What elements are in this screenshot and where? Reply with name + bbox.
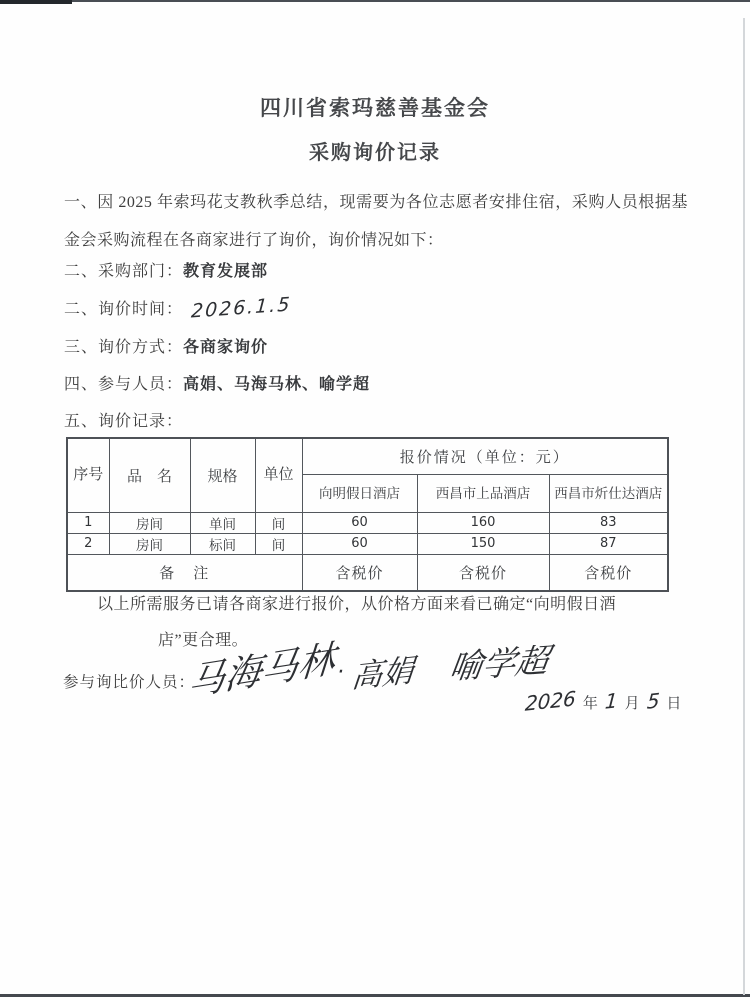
page-title: 四川省索玛慈善基金会 [0,92,750,122]
header-vendor-2: 西昌市上品酒店 [417,474,549,512]
table-header-row-1: 序号 品 名 规格 单位 报价情况（单位：元） [67,438,668,474]
scan-artifact-bottom [0,994,750,997]
row1-spec: 单间 [190,512,255,533]
table-footer-row: 备 注 含税价 含税价 含税价 [67,554,668,591]
header-vendor-1: 向明假日酒店 [302,474,417,512]
footer-tax-2: 含税价 [417,554,549,591]
inquiry-method-value: 各商家询价 [183,339,268,356]
line-inquiry-method: 三、询价方式：各商家询价 [64,334,268,357]
signature-yu-xue-chao: 喻学超 [447,634,552,688]
header-quote-group: 报价情况（单位：元） [302,438,668,474]
row1-quote-3: 83 [549,512,668,533]
row2-item: 房间 [109,533,190,554]
row1-item: 房间 [109,512,190,533]
scan-artifact-top [0,0,750,2]
header-vendor-3: 西昌市炘仕达酒店 [549,474,668,512]
purchase-department-value: 教育发展部 [183,263,268,280]
footer-note-label: 备 注 [67,554,302,591]
page-subtitle: 采购询价记录 [0,136,750,165]
inquiry-record-label: 五、询价记录： [64,413,183,430]
row2-quote-2: 150 [417,533,549,554]
date-day-char: 日 [666,696,681,712]
signature-separator-dot: · [337,660,344,685]
row1-unit: 间 [255,512,302,533]
footer-tax-1: 含税价 [302,554,417,591]
date-month-value: 1 [604,688,618,714]
row2-seq: 2 [67,533,109,554]
footer-tax-3: 含税价 [549,554,668,591]
participants-value: 高娟、马海马林、喻学超 [183,376,370,393]
row1-quote-1: 60 [302,512,417,533]
row2-unit: 间 [255,533,302,554]
signers-label: 参与询比价人员： [63,670,195,692]
scan-artifact-top-dark [0,0,72,4]
line-purchase-department: 二、采购部门：教育发展部 [64,258,268,281]
participants-label: 四、参与人员： [64,376,183,393]
line-inquiry-record: 五、询价记录： [64,408,183,431]
date-month-char: 月 [625,696,640,712]
row1-quote-2: 160 [417,512,549,533]
document-page: 四川省索玛慈善基金会 采购询价记录 一、因 2025 年索玛花支教秋季总结，现需… [0,0,750,1000]
conclusion-line-1: 以上所需服务已请各商家进行报价，从价格方面来看已确定“向明假日酒 [97,591,616,614]
quote-table: 序号 品 名 规格 单位 报价情况（单位：元） 向明假日酒店 西昌市上品酒店 西… [66,437,669,592]
row2-spec: 标间 [190,533,255,554]
signature-gao-juan: 高娟 [350,644,416,696]
table-row: 2 房间 标间 间 60 150 87 [67,533,668,554]
date-day-value: 5 [646,688,660,714]
line-participants: 四、参与人员：高娟、马海马林、喻学超 [64,371,370,394]
intro-paragraph: 一、因 2025 年索玛花支教秋季总结，现需要为各位志愿者安排住宿，采购人员根据… [64,184,688,259]
date-year-char: 年 [583,696,598,712]
inquiry-time-label: 二、询价时间： [64,301,183,318]
handwritten-date: 2026年1月5日 [522,689,685,713]
header-unit: 单位 [255,438,302,512]
inquiry-method-label: 三、询价方式： [64,339,183,356]
row2-quote-1: 60 [302,533,417,554]
line-inquiry-time: 二、询价时间：2026.1.5 [64,296,292,319]
purchase-department-label: 二、采购部门： [64,263,183,280]
header-item: 品 名 [109,438,190,512]
inquiry-time-handwritten-value: 2026.1.5 [190,293,292,322]
row1-seq: 1 [67,512,109,533]
date-year-value: 2026 [524,686,576,716]
table-row: 1 房间 单间 间 60 160 83 [67,512,668,533]
header-seq: 序号 [67,438,109,512]
header-spec: 规格 [190,438,255,512]
row2-quote-3: 87 [549,533,668,554]
